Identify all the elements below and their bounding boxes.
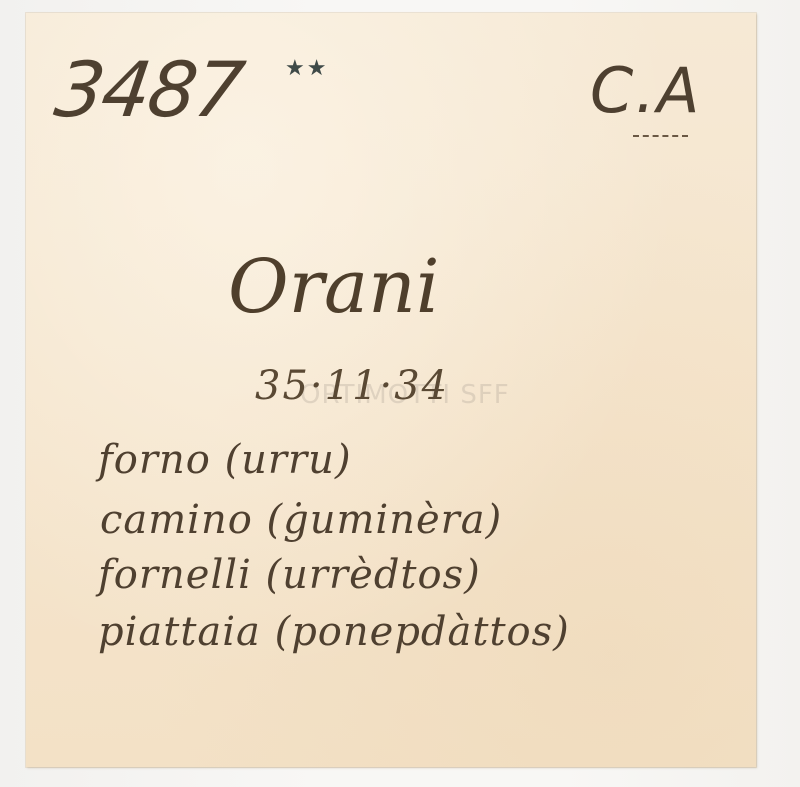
catalog-number: 3487 [51, 52, 247, 128]
record-date: 35·11·34 [255, 366, 449, 406]
scan-background: 3487 ★★ C.A Orani ORTIMOTTI SFF 35·11·34… [0, 0, 800, 787]
entry-fornelli: fornelli (urrèdtos) [98, 555, 481, 595]
star-marks-icon: ★★ [285, 58, 328, 80]
collector-initials: C.A [590, 60, 701, 122]
entry-piattaia: piattaia (ponepdàttos) [98, 612, 570, 652]
entry-forno: forno (urru) [98, 440, 352, 480]
place-name: Orani [228, 250, 440, 324]
initials-underline [633, 135, 688, 137]
entry-camino: camino (ġuminèra) [100, 500, 502, 540]
